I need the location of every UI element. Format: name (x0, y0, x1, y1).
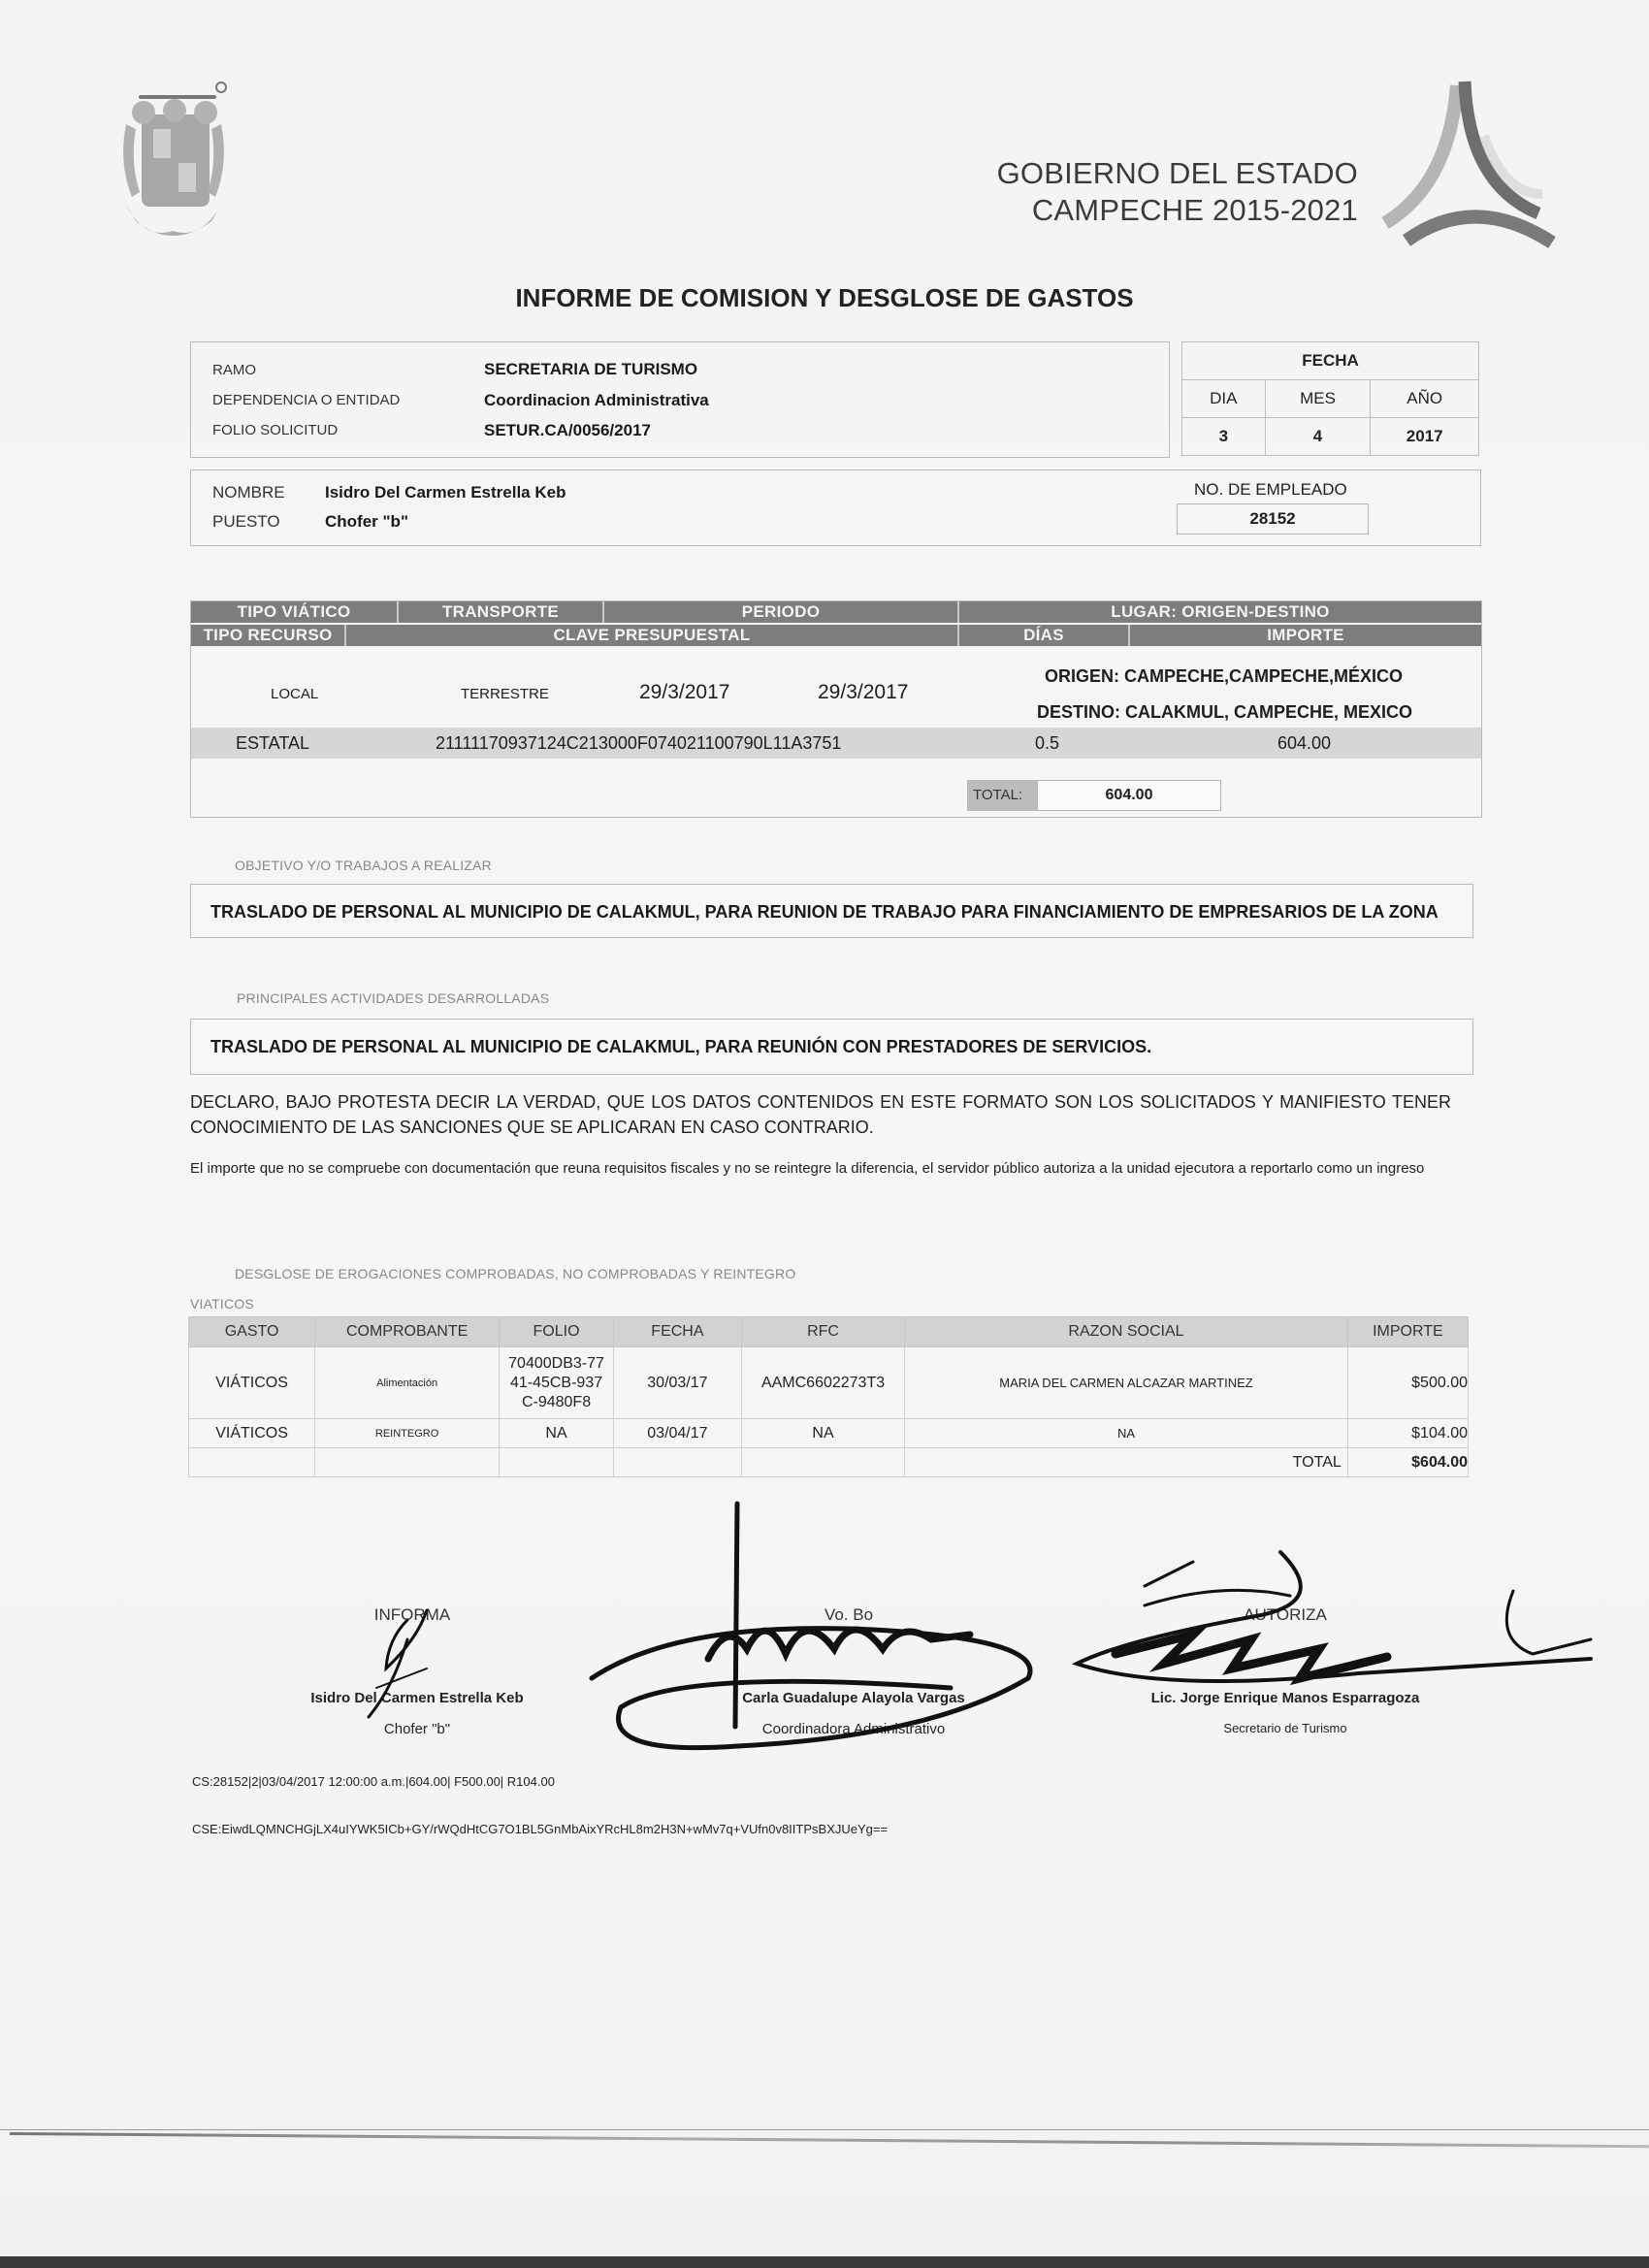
fecha-cell: 03/04/17 (613, 1419, 741, 1448)
fecha-cell: 30/03/17 (613, 1347, 741, 1419)
col-folio: FOLIO (500, 1317, 614, 1347)
total-value: 604.00 (1037, 780, 1221, 811)
gov-line-1: GOBIERNO DEL ESTADO (970, 155, 1358, 192)
empleado-box: NOMBRE Isidro Del Carmen Estrella Keb PU… (190, 470, 1481, 546)
col-fecha: FECHA (613, 1317, 741, 1347)
importe-cell: $104.00 (1347, 1419, 1468, 1448)
signatures-ink (0, 1494, 1649, 1804)
scanner-edge (0, 2256, 1649, 2268)
puesto-value: Chofer "b" (325, 512, 408, 532)
header-importe: IMPORTE (1130, 625, 1481, 646)
nombre-label: NOMBRE (212, 483, 285, 502)
origen-value: ORIGEN: CAMPECHE,CAMPECHE,MÉXICO (1045, 666, 1403, 687)
folio-cell: 70400DB3-7741-45CB-937C-9480F8 (500, 1347, 614, 1419)
periodo-inicio: 29/3/2017 (639, 681, 729, 704)
col-rfc: RFC (741, 1317, 904, 1347)
ramo-label: RAMO (212, 362, 256, 378)
total-label: TOTAL: (967, 780, 1037, 811)
no-empleado-label: NO. DE EMPLEADO (1194, 480, 1347, 500)
periodo-fin: 29/3/2017 (818, 681, 908, 704)
folio-cell: NA (500, 1419, 614, 1448)
government-logo-icon (1368, 78, 1571, 262)
table-row: VIÁTICOS REINTEGRO NA 03/04/17 NA NA $10… (189, 1419, 1469, 1448)
clave-presupuestal-value: 21111170937124C213000F074021100790L11A37… (436, 733, 841, 754)
comprobante-cell: REINTEGRO (315, 1419, 500, 1448)
razon-social-cell: MARIA DEL CARMEN ALCAZAR MARTINEZ (905, 1347, 1348, 1419)
ramo-value: SECRETARIA DE TURISMO (484, 360, 697, 379)
document-title: INFORME DE COMISION Y DESGLOSE DE GASTOS (0, 283, 1649, 313)
coat-of-arms-icon (114, 76, 233, 250)
page-fold-shadow (10, 2132, 1649, 2148)
expense-table: GASTO COMPROBANTE FOLIO FECHA RFC RAZON … (188, 1316, 1469, 1477)
nombre-value: Isidro Del Carmen Estrella Keb (325, 483, 566, 502)
cs-code: CS:28152|2|03/04/2017 12:00:00 a.m.|604.… (192, 1774, 555, 1789)
total-label: TOTAL (905, 1448, 1348, 1477)
actividades-label: PRINCIPALES ACTIVIDADES DESARROLLADAS (237, 990, 549, 1006)
info-box: RAMO SECRETARIA DE TURISMO DEPENDENCIA O… (190, 341, 1170, 458)
folio-value: SETUR.CA/0056/2017 (484, 421, 651, 440)
col-comprobante: COMPROBANTE (315, 1317, 500, 1347)
col-gasto: GASTO (189, 1317, 315, 1347)
desglose-label: DESGLOSE DE EROGACIONES COMPROBADAS, NO … (235, 1266, 795, 1281)
tipo-recurso-value: ESTATAL (236, 733, 309, 754)
objetivo-text: TRASLADO DE PERSONAL AL MUNICIPIO DE CAL… (190, 884, 1473, 938)
recurso-row: ESTATAL 21111170937124C213000F0740211007… (191, 728, 1481, 759)
page-fold (0, 2129, 1649, 2130)
mes-value: 4 (1265, 418, 1371, 456)
government-title: GOBIERNO DEL ESTADO CAMPECHE 2015-2021 (970, 155, 1358, 229)
puesto-label: PUESTO (212, 512, 280, 532)
dia-value: 3 (1182, 418, 1266, 456)
razon-social-cell: NA (905, 1419, 1348, 1448)
dependencia-value: Coordinacion Administrativa (484, 391, 709, 410)
rfc-cell: NA (741, 1419, 904, 1448)
dependencia-label: DEPENDENCIA O ENTIDAD (212, 392, 400, 408)
anio-value: 2017 (1371, 418, 1479, 456)
folio-label: FOLIO SOLICITUD (212, 422, 338, 438)
gasto-cell: VIÁTICOS (189, 1347, 315, 1419)
gov-line-2: CAMPECHE 2015-2021 (970, 192, 1358, 229)
scanned-page: GOBIERNO DEL ESTADO CAMPECHE 2015-2021 I… (0, 0, 1649, 2268)
importe-cell: $500.00 (1347, 1347, 1468, 1419)
table-row: VIÁTICOS Alimentación 70400DB3-7741-45CB… (189, 1347, 1469, 1419)
no-empleado-value: 28152 (1177, 503, 1369, 535)
viatico-table: TIPO VIÁTICO TRANSPORTE PERIODO LUGAR: O… (190, 600, 1482, 818)
header-tipo-recurso: TIPO RECURSO (191, 625, 346, 646)
actividades-text: TRASLADO DE PERSONAL AL MUNICIPIO DE CAL… (190, 1019, 1473, 1075)
col-razon-social: RAZON SOCIAL (905, 1317, 1348, 1347)
nota-text: El importe que no se compruebe con docum… (190, 1157, 1451, 1180)
comprobante-cell: Alimentación (315, 1347, 500, 1419)
header-transporte: TRANSPORTE (399, 601, 604, 623)
header-dias: DÍAS (959, 625, 1130, 646)
header-clave: CLAVE PRESUPUESTAL (346, 625, 959, 646)
declaracion-text: DECLARO, BAJO PROTESTA DECIR LA VERDAD, … (190, 1089, 1451, 1140)
anio-label: AÑO (1371, 380, 1479, 418)
header-tipo-viatico: TIPO VIÁTICO (191, 601, 399, 623)
total-value: $604.00 (1347, 1448, 1468, 1477)
cse-code: CSE:EiwdLQMNCHGjLX4uIYWK5ICb+GY/rWQdHtCG… (192, 1822, 888, 1836)
col-importe: IMPORTE (1347, 1317, 1468, 1347)
dias-value: 0.5 (1035, 733, 1059, 754)
fecha-table: FECHA DIA MES AÑO 3 4 2017 (1181, 341, 1479, 456)
gasto-cell: VIÁTICOS (189, 1419, 315, 1448)
header-lugar: LUGAR: ORIGEN-DESTINO (959, 601, 1481, 623)
mes-label: MES (1265, 380, 1371, 418)
tipo-viatico-value: LOCAL (271, 686, 318, 702)
destino-value: DESTINO: CALAKMUL, CAMPECHE, MEXICO (1037, 702, 1412, 723)
header-periodo: PERIODO (604, 601, 959, 623)
importe-value: 604.00 (1277, 733, 1331, 754)
fecha-title: FECHA (1182, 342, 1479, 380)
objetivo-label: OBJETIVO Y/O TRABAJOS A REALIZAR (235, 858, 492, 873)
rfc-cell: AAMC6602273T3 (741, 1347, 904, 1419)
total-row: TOTAL $604.00 (189, 1448, 1469, 1477)
viaticos-sublabel: VIATICOS (190, 1296, 254, 1312)
dia-label: DIA (1182, 380, 1266, 418)
transporte-value: TERRESTRE (461, 686, 549, 702)
